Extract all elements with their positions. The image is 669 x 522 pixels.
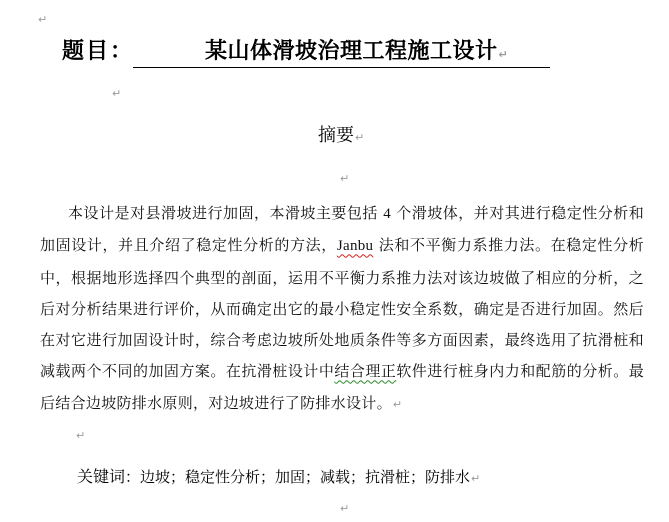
grammar-flagged-phrase[interactable]: 结合理正 xyxy=(334,362,396,380)
paragraph-mark: ↵ xyxy=(340,503,349,514)
paragraph-mark: ↵ xyxy=(355,131,364,144)
paragraph-mark: ↵ xyxy=(340,173,349,184)
abstract-text: 法和不平衡力系推力法。在稳定性分析中，根据地形选择四个典型的剖面，运用不平衡力系… xyxy=(40,236,644,380)
document-title-text: 某山体滑坡治理工程施工设计 xyxy=(205,38,498,64)
paragraph-mark: ↵ xyxy=(38,14,47,25)
keywords-list: 边坡；稳定性分析；加固；减载；抗滑桩；防排水 xyxy=(140,468,470,486)
title-label: 题目： xyxy=(62,34,134,65)
paragraph-mark: ↵ xyxy=(76,430,85,441)
abstract-number: 4 xyxy=(383,206,391,222)
paragraph-mark: ↵ xyxy=(499,48,509,61)
paragraph-mark: ↵ xyxy=(471,472,480,485)
spellcheck-flagged-word[interactable]: Janbu xyxy=(337,238,374,254)
title-underline xyxy=(133,67,550,68)
abstract-paragraph[interactable]: 本设计是对县滑坡进行加固，本滑坡主要包括 4 个滑坡体，并对其进行稳定性分析和加… xyxy=(40,198,644,420)
keywords-label: 关键词 xyxy=(77,467,125,486)
document-title[interactable]: 某山体滑坡治理工程施工设计↵ xyxy=(205,34,508,65)
paragraph-mark: ↵ xyxy=(112,88,121,99)
abstract-text: 本设计是对县滑坡进行加固，本滑坡主要包括 xyxy=(68,204,383,222)
abstract-heading-text: 摘要 xyxy=(318,125,354,146)
keywords-separator: ： xyxy=(125,468,140,486)
title-row: 题目： 某山体滑坡治理工程施工设计↵ xyxy=(62,34,562,70)
abstract-heading: 摘要↵ xyxy=(318,121,364,147)
paragraph-mark: ↵ xyxy=(393,398,403,411)
keywords-line[interactable]: 关键词：边坡；稳定性分析；加固；减载；抗滑桩；防排水↵ xyxy=(77,464,480,487)
